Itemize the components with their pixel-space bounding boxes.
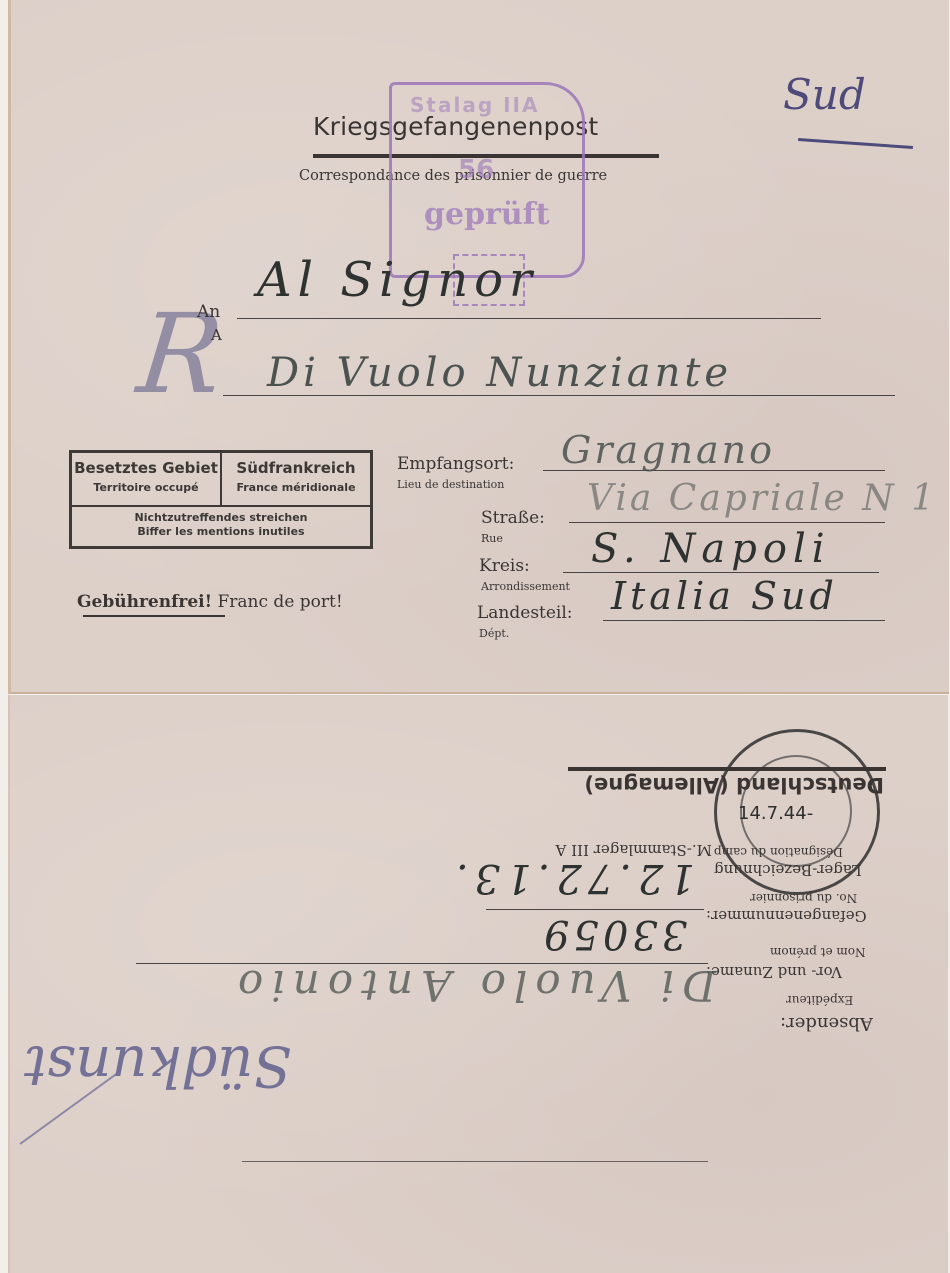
name-label-de: Vor- und Zuname: bbox=[706, 963, 886, 981]
field-label-fr-landesteil: Dépt. bbox=[479, 627, 509, 640]
postage-de: Gebührenfrei! bbox=[77, 592, 212, 612]
back-panel: 14.7.44- Deutschland (Allemagne) Désigna… bbox=[8, 695, 948, 1273]
prisoner-number-label-de: Gefangenennummer: bbox=[706, 907, 886, 925]
zone-left-subtitle: Territoire occupé bbox=[72, 481, 220, 494]
field-rule-kreis bbox=[563, 572, 879, 573]
zone-box-divider-h bbox=[72, 505, 370, 507]
field-label-de-empfangsort: Empfangsort: bbox=[397, 454, 514, 474]
prisoner-number-value: 33059 bbox=[540, 911, 687, 957]
censor-stamp-number: 56 bbox=[458, 155, 494, 185]
recipient-line-2: Di Vuolo Nunziante bbox=[267, 350, 732, 396]
field-value-kreis: S. Napoli bbox=[591, 526, 831, 572]
recipient-label-de: An bbox=[197, 302, 220, 322]
recipient-line-1: Al Signor bbox=[257, 252, 538, 308]
censor-stamp: Stalag IIA 56 geprüft bbox=[389, 82, 585, 278]
field-value-empfangsort: Gragnano bbox=[561, 428, 775, 472]
field-value-landesteil: Italia Sud bbox=[611, 574, 838, 618]
bottom-rule bbox=[242, 1161, 708, 1162]
zone-left-title: Besetztes Gebiet bbox=[72, 459, 220, 477]
zone-right-subtitle: France méridionale bbox=[222, 481, 370, 494]
field-value-strasse: Via Capriale N 1 bbox=[587, 478, 937, 519]
name-value: Di Vuolo Antonio bbox=[230, 961, 716, 1010]
country-rule bbox=[568, 767, 886, 771]
camp-label-fr: Désignation du camp bbox=[714, 845, 884, 859]
pencil-note: Südkunst bbox=[24, 1033, 292, 1098]
corner-note-underline bbox=[798, 138, 913, 149]
field-label-de-kreis: Kreis: bbox=[479, 556, 530, 576]
country-label: Deutschland (Allemagne) bbox=[574, 773, 884, 797]
field-label-de-landesteil: Landesteil: bbox=[477, 603, 573, 623]
field-rule-landesteil bbox=[603, 620, 885, 621]
pow-letter-sheet: Sud Kriegsgefangenenpost Correspondance … bbox=[8, 0, 946, 1273]
field-rule-strasse bbox=[569, 522, 885, 523]
recipient-rule-1 bbox=[237, 318, 821, 319]
recipient-label-fr: A bbox=[211, 326, 222, 344]
zone-note-fr: Biffer les mentions inutiles bbox=[72, 525, 370, 538]
prisoner-number-label-fr: No. du prisonnier bbox=[750, 891, 886, 905]
camp-label-de: Lager-Bezeichnung bbox=[714, 861, 884, 879]
postage-fr: Franc de port! bbox=[218, 592, 343, 612]
field-label-fr-strasse: Rue bbox=[481, 532, 503, 545]
sender-label-de: Absender: bbox=[780, 1013, 886, 1034]
sender-label-fr: Expéditeur bbox=[786, 993, 886, 1007]
zone-note-de: Nichtzutreffendes streichen bbox=[72, 511, 370, 524]
name-label-fr: Nom et prénom bbox=[770, 945, 886, 959]
front-panel: Sud Kriegsgefangenenpost Correspondance … bbox=[8, 0, 949, 694]
zone-right-title: Südfrankreich bbox=[222, 459, 370, 477]
field-label-de-strasse: Straße: bbox=[481, 508, 545, 528]
postmark-date: 14.7.44- bbox=[738, 803, 813, 824]
field-label-fr-kreis: Arrondissement bbox=[481, 580, 570, 593]
postage-line: Gebührenfrei! Franc de port! bbox=[77, 592, 343, 612]
postage-underline bbox=[83, 615, 225, 617]
camp-value-handwritten: 12.72.13. bbox=[450, 855, 695, 901]
recipient-rule-2 bbox=[223, 395, 895, 396]
zone-box: Besetztes Gebiet Territoire occupé Südfr… bbox=[69, 450, 373, 549]
censor-stamp-camp: Stalag IIA bbox=[410, 93, 539, 117]
censor-stamp-text: geprüft bbox=[424, 197, 549, 232]
corner-note: Sud bbox=[783, 70, 866, 119]
field-label-fr-empfangsort: Lieu de destination bbox=[397, 478, 504, 491]
prisoner-number-rule bbox=[486, 909, 704, 910]
